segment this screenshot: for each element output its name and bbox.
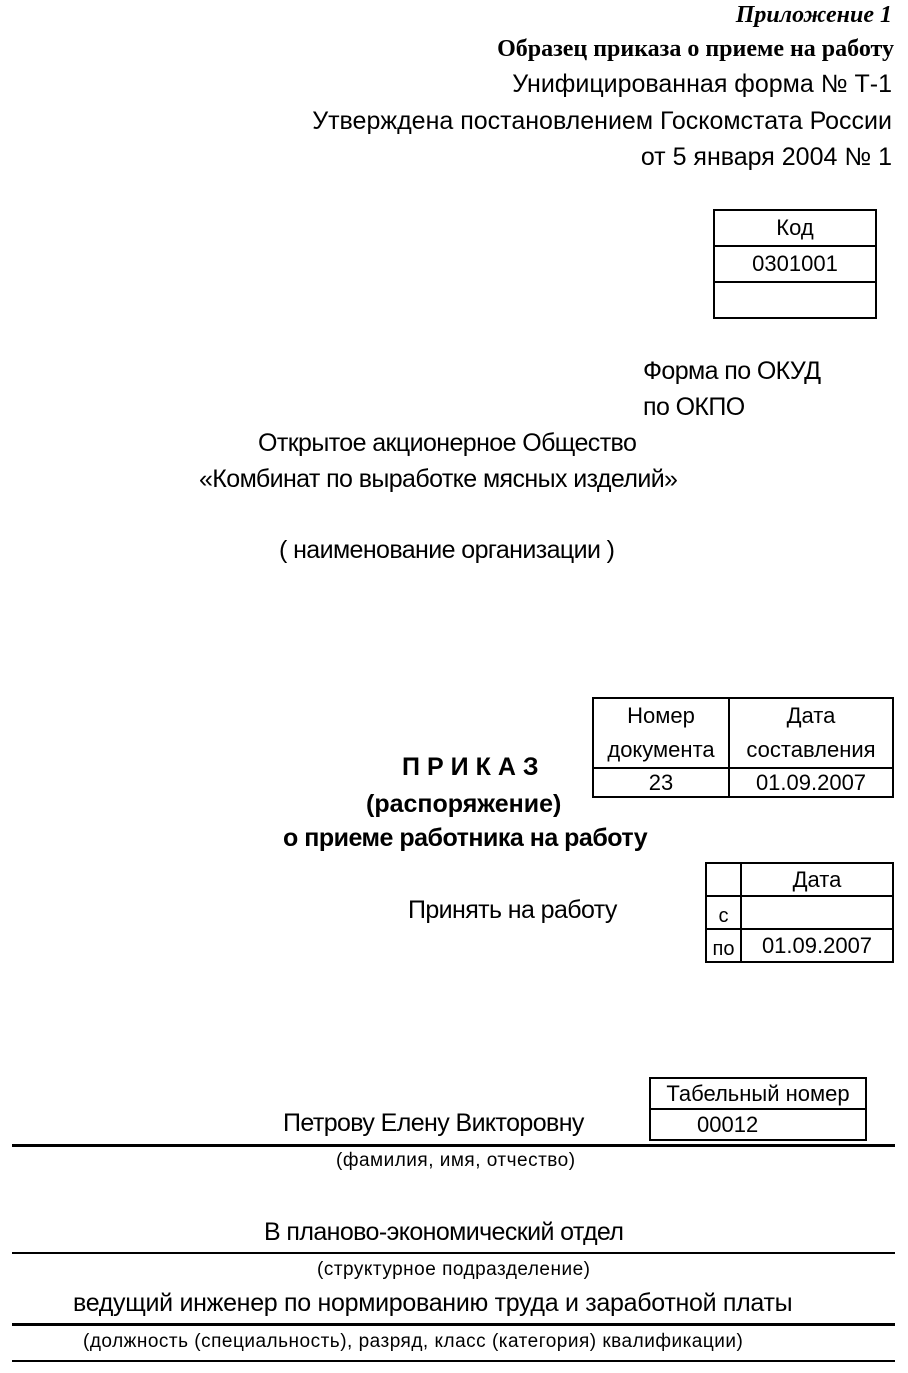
hire-date-table: Дата с по 01.09.2007 xyxy=(705,862,894,963)
doc-number-value[interactable]: 23 xyxy=(593,768,729,797)
hire-to-label: по xyxy=(706,929,741,962)
department-caption: (структурное подразделение) xyxy=(317,1259,591,1281)
doc-date-header-line1: Дата xyxy=(730,699,892,733)
full-name-underline xyxy=(12,1144,895,1147)
bottom-rule xyxy=(12,1360,895,1362)
doc-date-value[interactable]: 01.09.2007 xyxy=(729,768,893,797)
appendix-label: Приложение 1 xyxy=(736,2,892,29)
okpo-code-cell[interactable] xyxy=(714,282,876,318)
codes-table: Код 0301001 xyxy=(713,209,877,319)
approved-by-line: Утверждена постановлением Госкомстата Ро… xyxy=(312,107,892,136)
position-underline xyxy=(12,1323,895,1326)
hire-date-corner xyxy=(706,863,741,896)
doc-number-header-line2: документа xyxy=(594,733,728,767)
organization-type: Открытое акционерное Общество xyxy=(258,429,636,458)
doc-date-header-line2: составления xyxy=(730,733,892,767)
employee-full-name[interactable]: Петрову Елену Викторовну xyxy=(283,1109,584,1138)
position-value[interactable]: ведущий инженер по нормированию труда и … xyxy=(73,1289,792,1318)
hire-from-value[interactable] xyxy=(741,896,893,929)
doc-number-header-line1: Номер xyxy=(594,699,728,733)
position-caption: (должность (специальность), разряд, клас… xyxy=(83,1331,743,1353)
personnel-number-header: Табельный номер xyxy=(650,1078,866,1109)
order-title: ПРИКАЗ xyxy=(402,753,546,782)
doc-date-header: Дата составления xyxy=(729,698,893,768)
okud-label: Форма по ОКУД xyxy=(643,357,820,386)
hire-from-label: с xyxy=(706,896,741,929)
organization-caption: ( наименование организации ) xyxy=(279,536,614,565)
personnel-number-table: Табельный номер 00012 xyxy=(649,1077,867,1141)
okpo-label: по ОКПО xyxy=(643,393,745,422)
hire-date-header: Дата xyxy=(741,863,893,896)
codes-header: Код xyxy=(714,210,876,246)
hire-to-value[interactable]: 01.09.2007 xyxy=(741,929,893,962)
okud-code-cell[interactable]: 0301001 xyxy=(714,246,876,282)
order-subject: о приеме работника на работу xyxy=(283,824,647,853)
doc-number-header: Номер документа xyxy=(593,698,729,768)
sample-title: Образец приказа о приеме на работу xyxy=(497,36,894,63)
order-number-date-table: Номер документа Дата составления 23 01.0… xyxy=(592,697,894,798)
hire-label: Принять на работу xyxy=(408,896,617,925)
organization-name: «Комбинат по выработке мясных изделий» xyxy=(199,465,677,494)
department-underline xyxy=(12,1252,895,1254)
personnel-number-value[interactable]: 00012 xyxy=(650,1109,866,1140)
approval-date-line: от 5 января 2004 № 1 xyxy=(641,143,892,172)
order-subtitle: (распоряжение) xyxy=(366,790,561,819)
department-value[interactable]: В планово-экономический отдел xyxy=(264,1218,623,1247)
full-name-caption: (фамилия, имя, отчество) xyxy=(336,1150,576,1172)
unified-form-line: Унифицированная форма № Т-1 xyxy=(512,70,892,99)
